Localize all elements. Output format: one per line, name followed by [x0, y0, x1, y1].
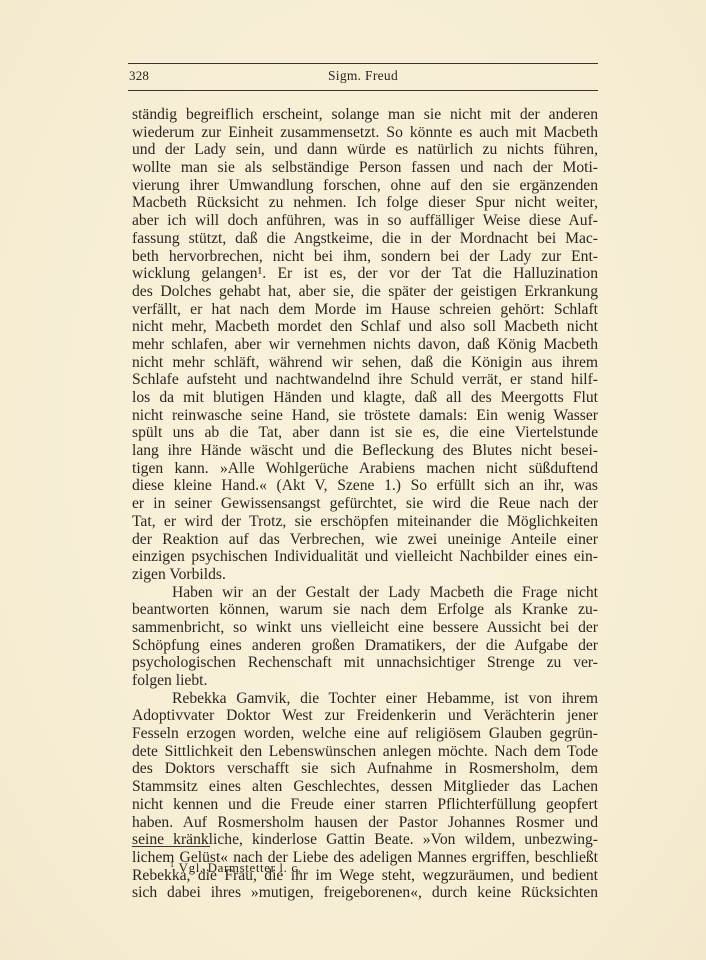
- text-line: Schlafe aufsteht und nachtwandelnd ihre …: [132, 371, 598, 389]
- footnote-rule: [132, 846, 210, 847]
- text-line: ständig begreiflich erscheint, solange m…: [132, 106, 598, 124]
- text-line: wollte man sie als selbständige Person f…: [132, 159, 598, 177]
- text-line: beantworten können, warum sie nach dem E…: [132, 601, 598, 619]
- page-header: 328 Sigm. Freud: [128, 63, 598, 91]
- text-line: folgen liebt.: [132, 672, 598, 690]
- footnote: 1Vgl. Darmstetter l. c.: [170, 860, 302, 876]
- text-line: psychologischen Rechenschaft mit unnachs…: [132, 654, 598, 672]
- text-line: tigen kann. »Alle Wohlgerüche Arabiens m…: [132, 460, 598, 478]
- text-line: er in seiner Gewissensangst gefürchtet, …: [132, 495, 598, 513]
- text-line: des Dolches gehabt hat, aber sie, die sp…: [132, 283, 598, 301]
- footnote-text: Vgl. Darmstetter l. c.: [179, 860, 302, 875]
- text-line: zigen Vorbilds.: [132, 566, 598, 584]
- text-line: Haben wir an der Gestalt der Lady Macbet…: [132, 584, 598, 602]
- body-text: ständig begreiflich erscheint, solange m…: [132, 106, 598, 902]
- text-line: vierung ihrer Umwandlung forschen, ohne …: [132, 177, 598, 195]
- book-page: 328 Sigm. Freud ständig begreiflich ersc…: [0, 0, 706, 960]
- text-line: Tat, er wird der Trotz, sie erschöpfen m…: [132, 513, 598, 531]
- text-line: verfällt, er hat nach dem Morde im Hause…: [132, 301, 598, 319]
- text-line: nicht reinwasche seine Hand, sie tröstet…: [132, 407, 598, 425]
- text-line: dete Sittlichkeit den Lebenswünschen anl…: [132, 743, 598, 761]
- footnote-mark: 1: [170, 860, 175, 869]
- text-line: aber ich will doch anführen, was in so a…: [132, 212, 598, 230]
- text-line: Schöpfung eines anderen großen Dramatike…: [132, 637, 598, 655]
- text-line: beth hervorbrechen, nicht bei ihm, sonde…: [132, 248, 598, 266]
- text-line: nicht kennen und die Freude einer starre…: [132, 796, 598, 814]
- text-line: haben. Auf Rosmersholm hausen der Pastor…: [132, 814, 598, 832]
- text-line: diese kleine Hand.« (Akt V, Szene 1.) So…: [132, 477, 598, 495]
- text-line: wicklung gelangen¹. Er ist es, der vor d…: [132, 265, 598, 283]
- text-line: Fesseln erzogen worden, welche eine auf …: [132, 725, 598, 743]
- text-line: der Reaktion auf das Verbrechen, wie zwe…: [132, 531, 598, 549]
- text-line: los da mit blutigen Händen und klagte, d…: [132, 389, 598, 407]
- text-line: einzigen psychischen Individualität und …: [132, 548, 598, 566]
- text-line: sich dabei ihres »mutigen, freigeborenen…: [132, 884, 598, 902]
- text-line: und der Lady sein, und dann würde es nat…: [132, 141, 598, 159]
- running-head: Sigm. Freud: [128, 68, 598, 84]
- text-line: spült uns ab die Tat, aber dann ist sie …: [132, 424, 598, 442]
- text-line: Stammsitz eines alten Geschlechtes, dess…: [132, 778, 598, 796]
- text-line: wiederum zur Einheit zusammensetzt. So k…: [132, 124, 598, 142]
- text-line: nicht mehr, Macbeth mordet den Schlaf un…: [132, 318, 598, 336]
- text-line: sammenbricht, so winkt uns vielleicht ei…: [132, 619, 598, 637]
- text-line: fassung stützt, daß die Angstkeime, die …: [132, 230, 598, 248]
- text-line: des Doktors verschafft sie sich Aufnahme…: [132, 760, 598, 778]
- text-line: mehr schlafen, aber wir vernehmen nichts…: [132, 336, 598, 354]
- text-line: nicht mehr schläft, während wir sehen, d…: [132, 354, 598, 372]
- text-line: Rebekka Gamvik, die Tochter einer Hebamm…: [132, 690, 598, 708]
- text-line: lang ihre Hände wäscht und die Befleckun…: [132, 442, 598, 460]
- text-line: Adoptivvater Doktor West zur Freidenkeri…: [132, 707, 598, 725]
- text-line: Macbeth Rücksicht zu nehmen. Ich folge d…: [132, 194, 598, 212]
